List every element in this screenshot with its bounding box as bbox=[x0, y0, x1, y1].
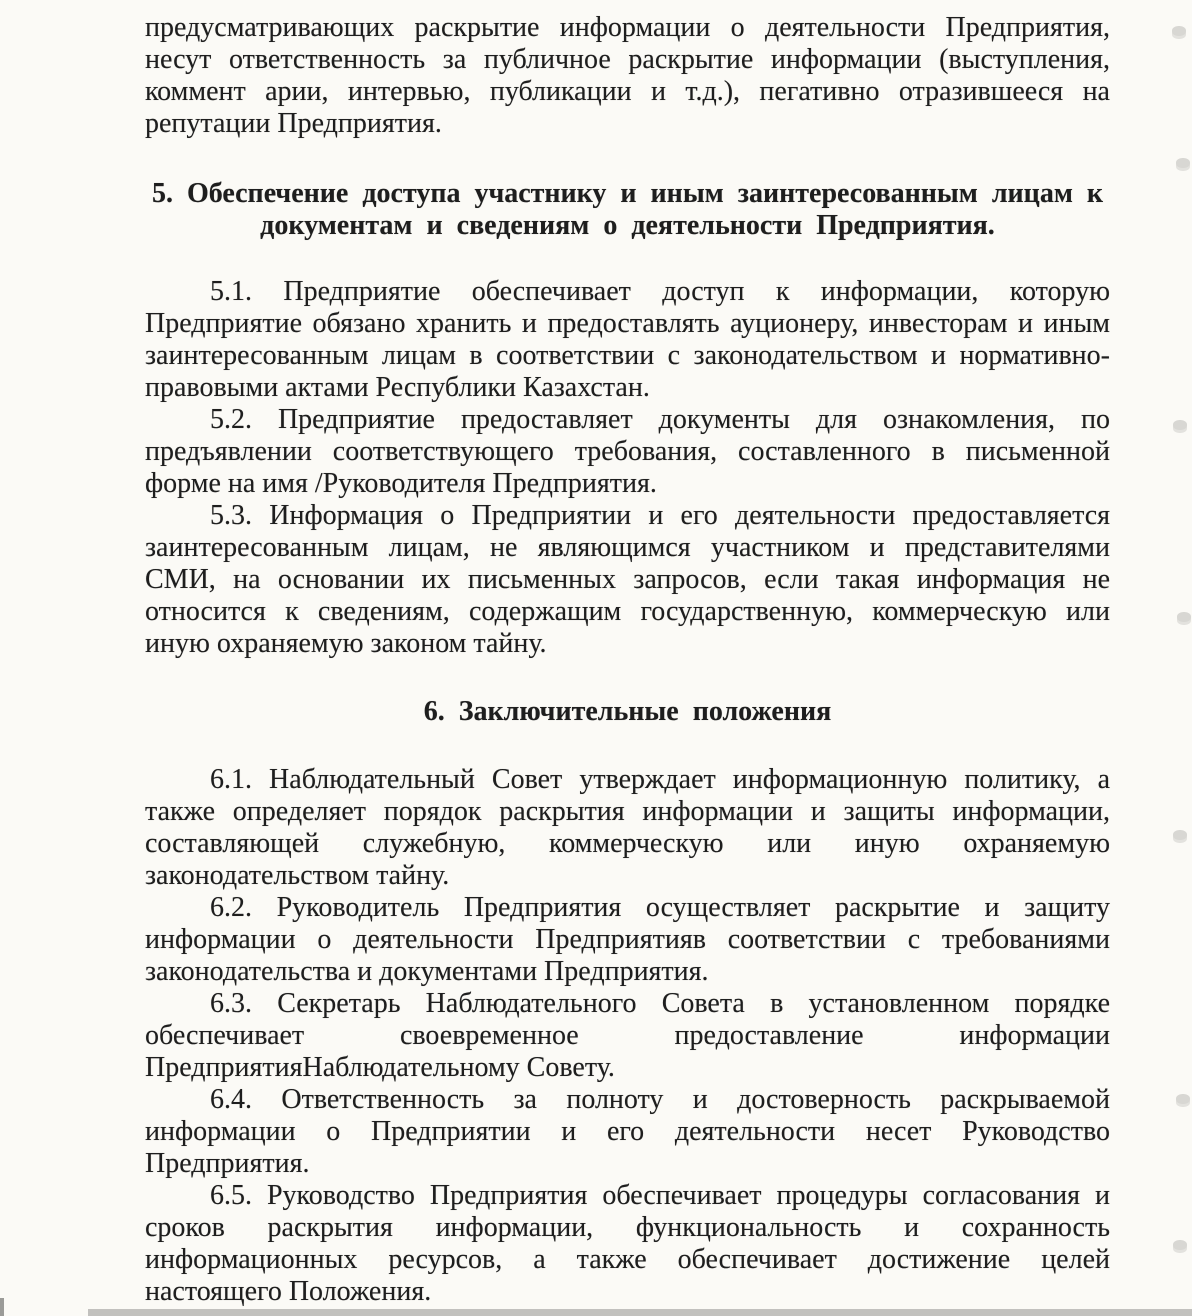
scan-bottom-shadow bbox=[88, 1309, 1192, 1316]
text-line: 5.1. Предприятие обеспечивает доступ к и… bbox=[145, 276, 1110, 308]
section-6-heading: 6. Заключительные положения bbox=[145, 696, 1110, 728]
text-line: также определяет порядок раскрытия инфор… bbox=[145, 796, 1110, 828]
text-line: информации о Предприятии и его деятельно… bbox=[145, 1116, 1110, 1148]
text-line: заинтересованным лицам в соответствии с … bbox=[145, 340, 1110, 372]
text-line: 6. Заключительные положения bbox=[145, 696, 1110, 728]
clause-6-1: 6.1. Наблюдательный Совет утверждает инф… bbox=[145, 764, 1110, 892]
document-content: предусматривающих раскрытие информации о… bbox=[145, 12, 1110, 1308]
text-line: форме на имя /Руководителя Предприятия. bbox=[145, 468, 1110, 500]
clause-5-1: 5.1. Предприятие обеспечивает доступ к и… bbox=[145, 276, 1110, 404]
text-line: 6.2. Руководитель Предприятия осуществля… bbox=[145, 892, 1110, 924]
text-line: сроков раскрытия информации, функциональ… bbox=[145, 1212, 1110, 1244]
text-line: 6.4. Ответственность за полноту и достов… bbox=[145, 1084, 1110, 1116]
text-line: законодательства и документами Предприят… bbox=[145, 956, 1110, 988]
text-line: репутации Предприятия. bbox=[145, 108, 1110, 140]
document-page: предусматривающих раскрытие информации о… bbox=[0, 0, 1192, 1316]
text-line: заинтересованным лицам, не являющимся уч… bbox=[145, 532, 1110, 564]
text-line: 5.3. Информация о Предприятии и его деят… bbox=[145, 500, 1110, 532]
clause-5-2: 5.2. Предприятие предоставляет документы… bbox=[145, 404, 1110, 500]
scan-artifact bbox=[1173, 830, 1187, 840]
text-line: несут ответственность за публичное раскр… bbox=[145, 44, 1110, 76]
scan-artifact bbox=[1176, 1094, 1190, 1104]
text-line: 6.1. Наблюдательный Совет утверждает инф… bbox=[145, 764, 1110, 796]
text-line: 6.5. Руководство Предприятия обеспечивае… bbox=[145, 1180, 1110, 1212]
clause-6-5: 6.5. Руководство Предприятия обеспечивае… bbox=[145, 1180, 1110, 1308]
text-line: законодательством тайну. bbox=[145, 860, 1110, 892]
text-line: Предприятие обязано хранить и предоставл… bbox=[145, 308, 1110, 340]
text-line: 6.3. Секретарь Наблюдательного Совета в … bbox=[145, 988, 1110, 1020]
scan-artifact bbox=[1176, 158, 1190, 168]
scan-artifact bbox=[1173, 1240, 1187, 1250]
text-line: предусматривающих раскрытие информации о… bbox=[145, 12, 1110, 44]
text-line: ПредприятияНаблюдательному Совету. bbox=[145, 1052, 1110, 1084]
text-line: информации о деятельности Предприятияв с… bbox=[145, 924, 1110, 956]
section-5-heading: 5. Обеспечение доступа участнику и иным … bbox=[145, 178, 1110, 242]
text-line: 5. Обеспечение доступа участнику и иным … bbox=[145, 178, 1110, 210]
scan-artifact bbox=[1177, 612, 1191, 622]
paragraph-continuation: предусматривающих раскрытие информации о… bbox=[145, 12, 1110, 140]
text-line: 5.2. Предприятие предоставляет документы… bbox=[145, 404, 1110, 436]
text-line: иную охраняемую законом тайну. bbox=[145, 628, 1110, 660]
text-line: документам и сведениям о деятельности Пр… bbox=[145, 210, 1110, 242]
text-line: СМИ, на основании их письменных запросов… bbox=[145, 564, 1110, 596]
text-line: информационных ресурсов, а также обеспеч… bbox=[145, 1244, 1110, 1276]
text-line: настоящего Положения. bbox=[145, 1276, 1110, 1308]
clause-5-3: 5.3. Информация о Предприятии и его деят… bbox=[145, 500, 1110, 660]
clause-6-4: 6.4. Ответственность за полноту и достов… bbox=[145, 1084, 1110, 1180]
text-line: предъявлении соответствующего требования… bbox=[145, 436, 1110, 468]
scan-artifact bbox=[1172, 26, 1186, 36]
scan-artifact bbox=[1173, 420, 1187, 430]
text-line: коммент арии, интервью, публикации и т.д… bbox=[145, 76, 1110, 108]
text-line: правовыми актами Республики Казахстан. bbox=[145, 372, 1110, 404]
text-line: составляющей служебную, коммерческую или… bbox=[145, 828, 1110, 860]
clause-6-3: 6.3. Секретарь Наблюдательного Совета в … bbox=[145, 988, 1110, 1084]
text-line: обеспечивает своевременное предоставлени… bbox=[145, 1020, 1110, 1052]
text-line: относится к сведениям, содержащим госуда… bbox=[145, 596, 1110, 628]
clause-6-2: 6.2. Руководитель Предприятия осуществля… bbox=[145, 892, 1110, 988]
scan-corner-mark bbox=[0, 1298, 4, 1316]
text-line: Предприятия. bbox=[145, 1148, 1110, 1180]
